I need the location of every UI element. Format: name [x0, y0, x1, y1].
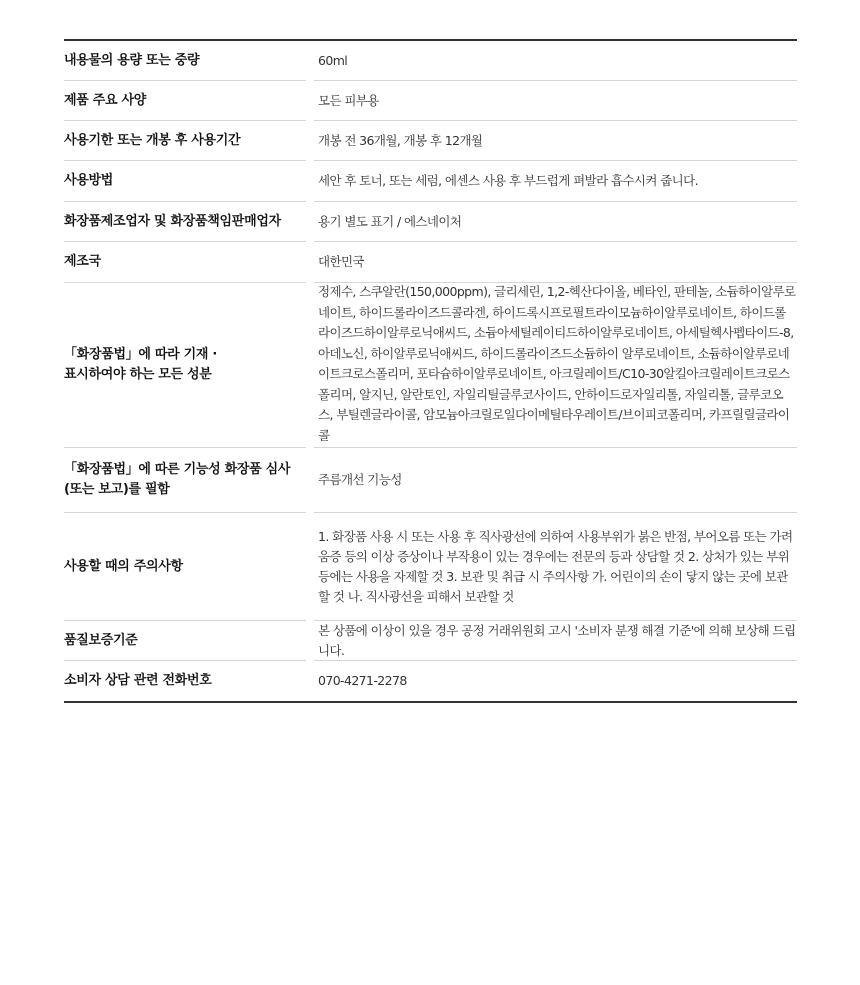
table-row-usage: 사용방법 세안 후 토너, 또는 세럼, 에센스 사용 후 부드럽게 펴발라 흡…: [64, 161, 797, 202]
row-value: 용기 별도 표기 / 에스네이처: [314, 202, 797, 242]
table-row-spec: 제품 주요 사양 모든 피부용: [64, 81, 797, 121]
row-label: 「화장품법」에 따른 기능성 화장품 심사 (또는 보고)를 필함: [64, 448, 306, 513]
row-value: 1. 화장품 사용 시 또는 사용 후 직사광선에 의하여 사용부위가 붉은 반…: [314, 513, 797, 621]
row-value: 070-4271-2278: [314, 661, 797, 701]
table-row-expiry: 사용기한 또는 개봉 후 사용기간 개봉 전 36개월, 개봉 후 12개월: [64, 121, 797, 161]
row-value: 개봉 전 36개월, 개봉 후 12개월: [314, 121, 797, 161]
row-value: 대한민국: [314, 242, 797, 283]
row-value: 정제수, 스쿠알란(150,000ppm), 글리세린, 1,2-헥산다이올, …: [314, 283, 797, 448]
row-value: 세안 후 토너, 또는 세럼, 에센스 사용 후 부드럽게 펴발라 흡수시켜 줍…: [314, 161, 797, 202]
row-label: 제조국: [64, 242, 306, 283]
row-value: 60ml: [314, 41, 797, 81]
table-row-country: 제조국 대한민국: [64, 242, 797, 283]
row-value: 본 상품에 이상이 있을 경우 공정 거래위원회 고시 '소비자 분쟁 해결 기…: [314, 621, 797, 661]
table-row-quality-guarantee: 품질보증기준 본 상품에 이상이 있을 경우 공정 거래위원회 고시 '소비자 …: [64, 621, 797, 661]
row-label: 「화장품법」에 따라 기재 · 표시하여야 하는 모든 성분: [64, 283, 306, 448]
row-value: 모든 피부용: [314, 81, 797, 121]
product-info-table: 내용물의 용량 또는 중량 60ml 제품 주요 사양 모든 피부용 사용기한 …: [64, 39, 797, 703]
table-row-ingredients: 「화장품법」에 따라 기재 · 표시하여야 하는 모든 성분 정제수, 스쿠알란…: [64, 283, 797, 448]
row-label: 제품 주요 사양: [64, 81, 306, 121]
row-label: 품질보증기준: [64, 621, 306, 661]
row-label: 사용방법: [64, 161, 306, 202]
row-label: 사용기한 또는 개봉 후 사용기간: [64, 121, 306, 161]
row-label: 소비자 상담 관련 전화번호: [64, 661, 306, 701]
row-value: 주름개선 기능성: [314, 448, 797, 513]
row-label: 사용할 때의 주의사항: [64, 513, 306, 621]
row-label: 화장품제조업자 및 화장품책임판매업자: [64, 202, 306, 242]
table-row-functional-review: 「화장품법」에 따른 기능성 화장품 심사 (또는 보고)를 필함 주름개선 기…: [64, 448, 797, 513]
table-row-phone: 소비자 상담 관련 전화번호 070-4271-2278: [64, 661, 797, 701]
row-label: 내용물의 용량 또는 중량: [64, 41, 306, 81]
table-row-cautions: 사용할 때의 주의사항 1. 화장품 사용 시 또는 사용 후 직사광선에 의하…: [64, 513, 797, 621]
table-row-capacity: 내용물의 용량 또는 중량 60ml: [64, 41, 797, 81]
table-row-manufacturer: 화장품제조업자 및 화장품책임판매업자 용기 별도 표기 / 에스네이처: [64, 202, 797, 242]
